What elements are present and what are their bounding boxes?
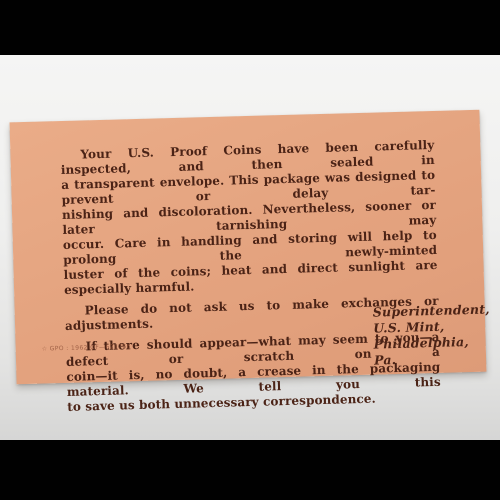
card-body-text: Your U.S. Proof Coins have been carefull…: [10, 110, 488, 417]
letterbox-bottom: [0, 440, 500, 500]
screenshot-stage: Your U.S. Proof Coins have been carefull…: [0, 0, 500, 500]
text-line: Superintendent,: [373, 301, 490, 320]
photo-background: Your U.S. Proof Coins have been carefull…: [0, 55, 500, 440]
signature-block: Superintendent,U.S. Mint,Philadelphia, P…: [373, 301, 492, 368]
letterbox-top: [0, 0, 500, 55]
text-line: Philadelphia, Pa.: [373, 333, 491, 368]
mint-insert-card: Your U.S. Proof Coins have been carefull…: [10, 110, 487, 385]
paragraph-inspection-notice: Your U.S. Proof Coins have been carefull…: [60, 138, 438, 298]
